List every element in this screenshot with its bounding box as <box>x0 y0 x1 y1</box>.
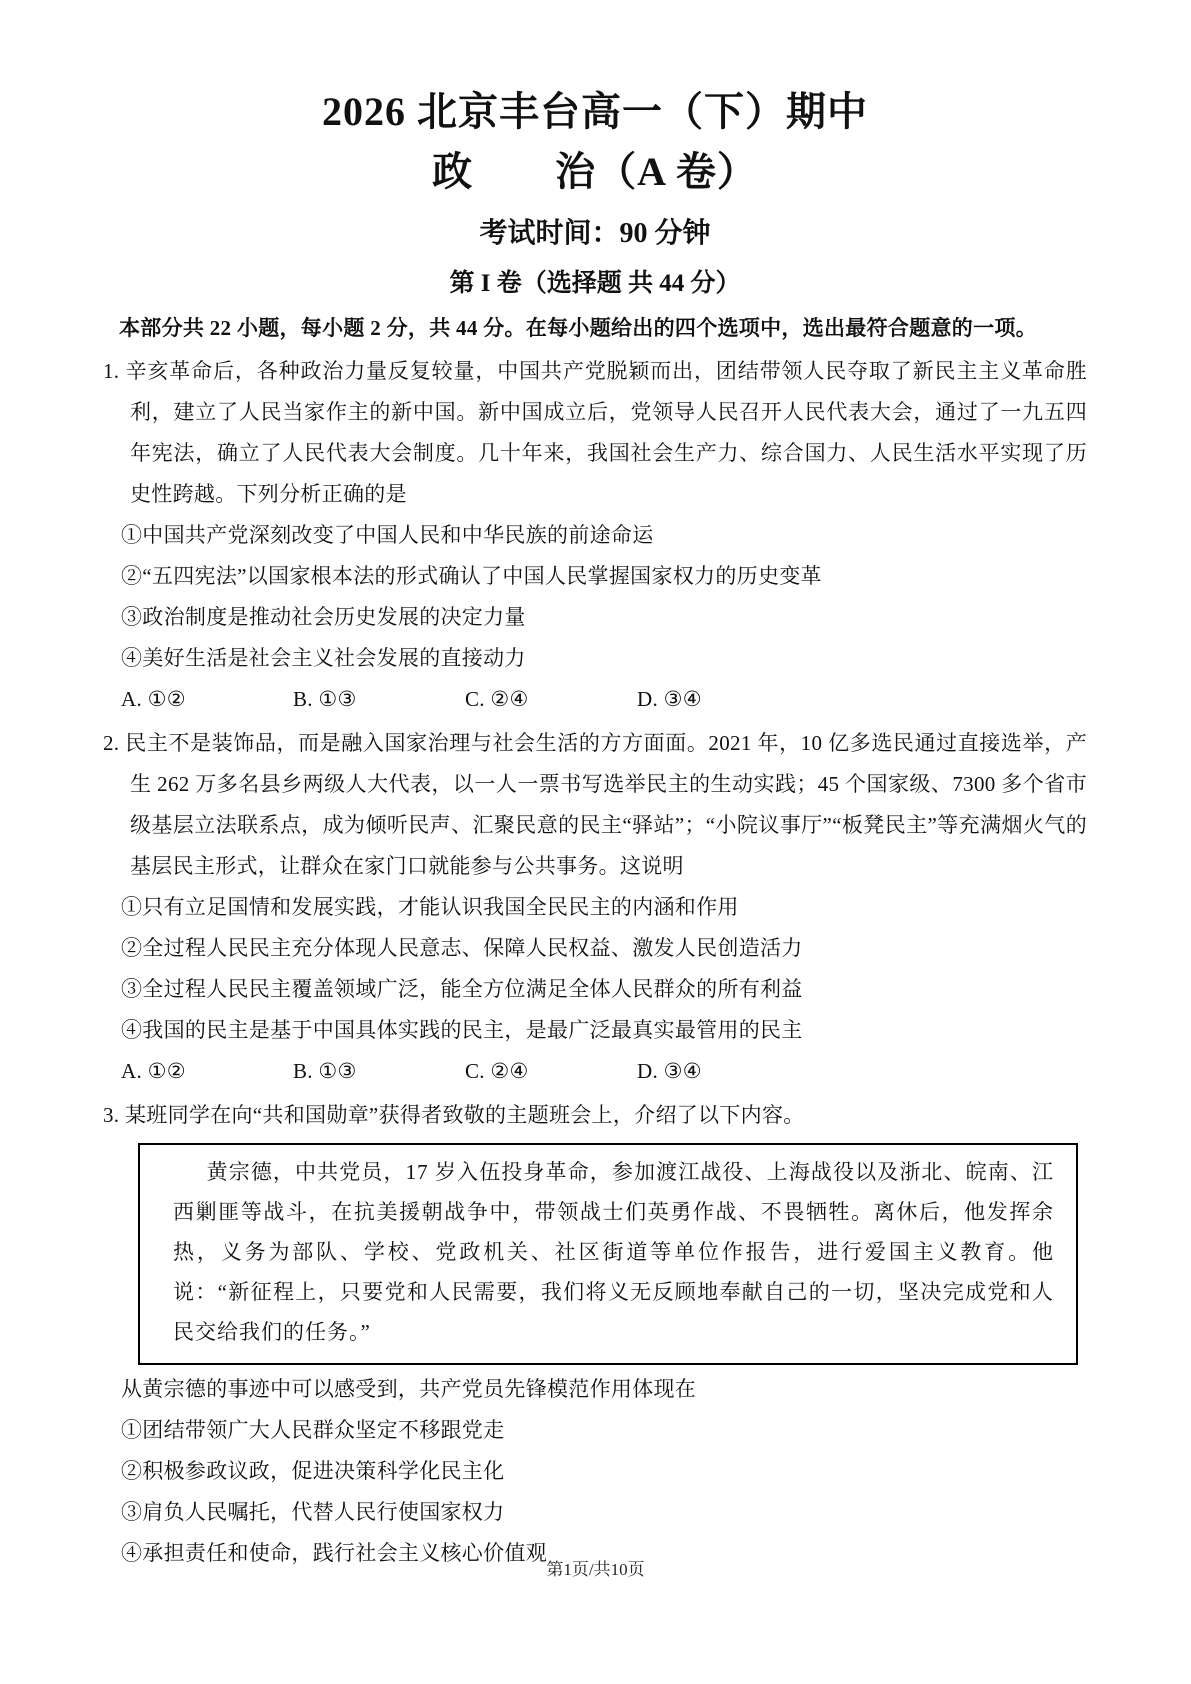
question-2: 2.民主不是装饰品，而是融入国家治理与社会生活的方方面面。2021 年，10 亿… <box>103 723 1087 1092</box>
section-heading: 第 I 卷（选择题 共 44 分） <box>103 268 1087 300</box>
question-1-stem-text: 辛亥革命后，各种政治力量反复较量，中国共产党脱颖而出，团结带领人民夺取了新民主主… <box>125 359 1087 506</box>
question-2-stem: 2.民主不是装饰品，而是融入国家治理与社会生活的方方面面。2021 年，10 亿… <box>103 723 1087 887</box>
question-3-stem-text: 某班同学在向“共和国勋章”获得者致敬的主题班会上，介绍了以下内容。 <box>125 1103 805 1127</box>
question-2-statement-3: ③全过程人民民主覆盖领域广泛，能全方位满足全体人民群众的所有利益 <box>121 969 1087 1010</box>
question-1: 1.辛亥革命后，各种政治力量反复较量，中国共产党脱颖而出，团结带领人民夺取了新民… <box>103 351 1087 720</box>
question-3-number: 3. <box>103 1095 125 1136</box>
question-1-statement-1: ①中国共产党深刻改变了中国人民和中华民族的前途命运 <box>121 515 1087 556</box>
question-1-statement-3: ③政治制度是推动社会历史发展的决定力量 <box>121 597 1087 638</box>
question-1-option-c: C. ②④ <box>465 679 637 720</box>
section-intro: 本部分共 22 小题，每小题 2 分，共 44 分。在每小题给出的四个选项中，选… <box>119 308 1087 348</box>
question-2-statement-4: ④我国的民主是基于中国具体实践的民主，是最广泛最真实最管用的民主 <box>121 1010 1087 1051</box>
exam-page: 2026 北京丰台高一（下）期中 政 治（A 卷） 考试时间：90 分钟 第 I… <box>0 0 1191 1684</box>
question-2-number: 2. <box>103 723 125 764</box>
info-box: 黄宗德，中共党员，17 岁入伍投身革命，参加渡江战役、上海战役以及浙北、皖南、江… <box>138 1143 1078 1365</box>
question-2-statement-2: ②全过程人民民主充分体现人民意志、保障人民权益、激发人民创造活力 <box>121 928 1087 969</box>
question-2-statement-1: ①只有立足国情和发展实践，才能认识我国全民民主的内涵和作用 <box>121 887 1087 928</box>
question-3-stem: 3.某班同学在向“共和国勋章”获得者致敬的主题班会上，介绍了以下内容。 <box>103 1095 1087 1136</box>
question-3-follow-up: 从黄宗德的事迹中可以感受到，共产党员先锋模范作用体现在 <box>121 1369 1087 1410</box>
question-3-statement-1: ①团结带领广大人民群众坚定不移跟党走 <box>121 1410 1087 1451</box>
exam-duration: 考试时间：90 分钟 <box>103 216 1087 252</box>
subject-title: 政 治（A 卷） <box>103 148 1087 196</box>
question-2-option-b: B. ①③ <box>293 1051 465 1092</box>
page-title: 2026 北京丰台高一（下）期中 <box>103 88 1087 136</box>
question-2-option-a: A. ①② <box>121 1051 293 1092</box>
info-box-text: 黄宗德，中共党员，17 岁入伍投身革命，参加渡江战役、上海战役以及浙北、皖南、江… <box>173 1152 1054 1352</box>
question-3: 3.某班同学在向“共和国勋章”获得者致敬的主题班会上，介绍了以下内容。 黄宗德，… <box>103 1095 1087 1574</box>
question-2-stem-text: 民主不是装饰品，而是融入国家治理与社会生活的方方面面。2021 年，10 亿多选… <box>125 731 1087 878</box>
question-1-statement-4: ④美好生活是社会主义社会发展的直接动力 <box>121 638 1087 679</box>
question-1-option-b: B. ①③ <box>293 679 465 720</box>
question-1-option-d: D. ③④ <box>637 679 702 720</box>
question-2-options-row: A. ①② B. ①③ C. ②④ D. ③④ <box>121 1051 1087 1092</box>
question-1-stem: 1.辛亥革命后，各种政治力量反复较量，中国共产党脱颖而出，团结带领人民夺取了新民… <box>103 351 1087 515</box>
question-3-statement-3: ③肩负人民嘱托，代替人民行使国家权力 <box>121 1492 1087 1533</box>
question-1-statement-2: ②“五四宪法”以国家根本法的形式确认了中国人民掌握国家权力的历史变革 <box>121 556 1087 597</box>
question-3-statement-2: ②积极参政议政，促进决策科学化民主化 <box>121 1451 1087 1492</box>
question-1-options-row: A. ①② B. ①③ C. ②④ D. ③④ <box>121 679 1087 720</box>
question-1-number: 1. <box>103 351 125 392</box>
question-2-option-d: D. ③④ <box>637 1051 702 1092</box>
page-footer: 第1页/共10页 <box>0 1558 1191 1582</box>
question-1-option-a: A. ①② <box>121 679 293 720</box>
question-2-option-c: C. ②④ <box>465 1051 637 1092</box>
